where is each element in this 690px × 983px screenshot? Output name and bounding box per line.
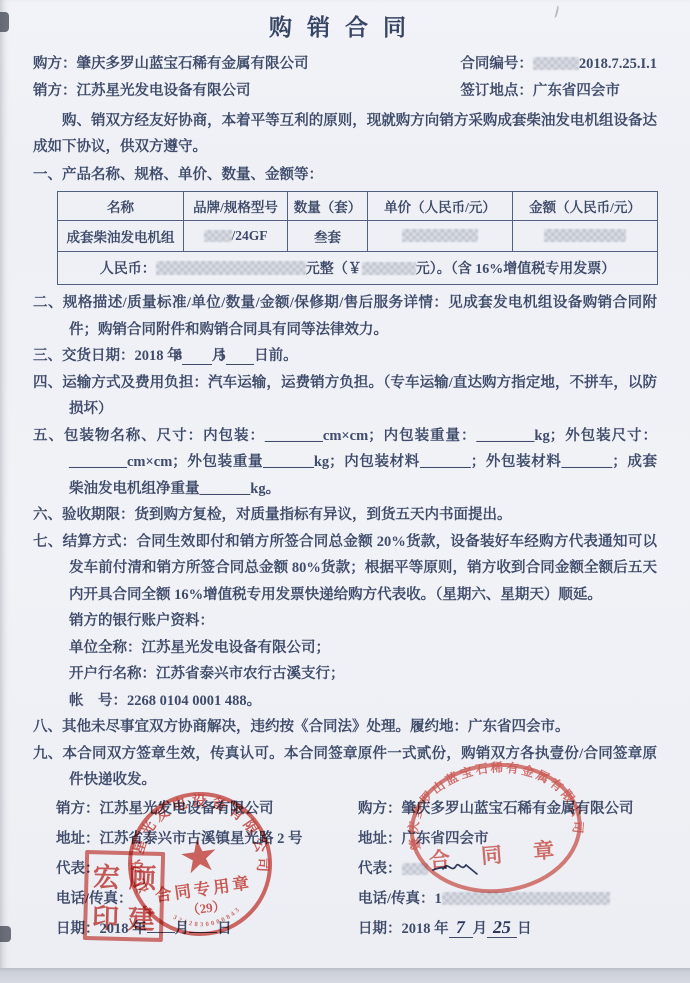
- buyer-date-day-handwritten: 25: [492, 920, 512, 934]
- contract-header: 购方：肇庆多罗山蓝宝石稀有金属有限公司 销方：江苏星光发电设备有限公司 合同编号…: [33, 51, 657, 105]
- scan-edge-mark-bottom: [0, 926, 11, 942]
- col-header-amount: 金额（人民币/元）: [513, 192, 658, 221]
- contract-no-suffix: 2018.7.25.I.1: [579, 56, 657, 72]
- clause-7: 七、结算方式：合同生效即付和销方所签合同总金额 20%货款，设备装好车经购方代表…: [33, 529, 657, 609]
- seller-date-line: 日期：2018 年月日: [56, 914, 303, 944]
- buyer-date-day-field: 25: [487, 920, 517, 938]
- amount-redacted: [544, 229, 626, 242]
- rmb-suffix: 元）。（含 16%增值税专用发票）: [416, 262, 616, 277]
- buyer-date-label: 日期：: [358, 921, 402, 937]
- delivery-day-field: 5: [226, 349, 254, 365]
- seller-name: 江苏星光发电设备有限公司: [77, 83, 251, 99]
- seller-phone-line: 电话/传真：: [56, 884, 303, 914]
- clause-7-text: 结算方式：合同生效即付和销方所签合同总金额 20%货款，设备装好车经购方代表通知…: [63, 534, 657, 603]
- clause-2: 二、规格描述/质量标准/单位/数量/金额/保修期/售后服务详情：见成套发电机组设…: [33, 290, 657, 343]
- header-left-column: 购方：肇庆多罗山蓝宝石稀有金属有限公司 销方：江苏星光发电设备有限公司: [33, 51, 309, 105]
- sign-place-value: 广东省四会市: [533, 83, 620, 99]
- col-header-model: 品牌/规格型号: [184, 192, 288, 221]
- sign-place-line: 签订地点：广东省四会市: [460, 78, 657, 105]
- buyer-name: 肇庆多罗山蓝宝石稀有金属有限公司: [77, 56, 309, 72]
- clause-4-number: 四、: [33, 375, 62, 391]
- buyer-date-year: 2018 年: [402, 921, 449, 937]
- buyer-month-label: 月: [473, 921, 488, 937]
- seller-phone-label: 电话/传真：: [56, 891, 133, 907]
- clause-4-text: 运输方式及费用负担：汽车运输，运费销方负担。（专车运输/直达购方指定地，不拼车，…: [62, 375, 657, 418]
- bank-account-number: 帐 号：2268 0104 0001 488。: [33, 688, 657, 715]
- contract-document-page: 购销合同 购方：肇庆多罗山蓝宝石稀有金属有限公司 销方：江苏星光发电设备有限公司…: [0, 0, 690, 983]
- clause-2-number: 二、: [33, 295, 63, 311]
- clause-6-text: 验收期限：货到购方复检，对质量指标有异议，到货五天内书面提出。: [62, 507, 512, 523]
- amount-in-words-cell: 人民币：元整（￥元）。（含 16%增值税专用发票）: [58, 252, 658, 285]
- seller-address-label: 地址：: [56, 831, 100, 847]
- seller-party-label: 销方：: [56, 801, 100, 817]
- clause-3-number: 三、: [33, 348, 62, 364]
- buyer-label: 购方：: [33, 56, 77, 72]
- clause-3-pre: 交货日期：2018 年: [62, 348, 182, 364]
- buyer-phone-redacted: [442, 892, 610, 905]
- buyer-address-value: 广东省四会市: [402, 831, 489, 847]
- product-table: 名称 品牌/规格型号 数量（套） 单价（人民币/元） 金额（人民币/元） 成套柴…: [57, 191, 658, 285]
- contract-no-line: 合同编号：2018.7.25.I.1: [460, 51, 657, 78]
- sign-place-label: 签订地点：: [460, 83, 533, 99]
- buyer-party-label: 购方：: [358, 801, 402, 817]
- buyer-phone-prefix: 1: [435, 891, 442, 907]
- clause-6-number: 六、: [33, 507, 62, 523]
- bank-account-name: 单位全称：江苏星光发电设备有限公司；: [33, 635, 657, 662]
- section1-heading: 一、产品名称、规格、单价、数量、金额等：: [33, 162, 657, 188]
- seller-date-day-blank: [189, 932, 217, 933]
- buyer-rep-signature: [431, 857, 483, 879]
- scan-edge-mark-top: [0, 12, 9, 32]
- buyer-date-month-handwritten: 7: [455, 920, 466, 934]
- buyer-address-line: 地址：广东省四会市: [358, 824, 634, 854]
- buyer-rep-label: 代表：: [358, 861, 402, 877]
- buyer-address-label: 地址：: [358, 831, 402, 847]
- clause-5-number: 五、: [33, 428, 64, 444]
- seller-day-label: 日: [217, 921, 232, 937]
- seller-signature-block: 销方：江苏星光发电设备有限公司 地址：江苏省泰兴市古溪镇星光路 2 号 代表： …: [56, 794, 303, 944]
- buyer-date-month-field: 7: [449, 920, 473, 938]
- cell-model: /24GF: [184, 221, 288, 252]
- buyer-rep-redacted: [402, 863, 428, 875]
- model-suffix: /24GF: [232, 228, 268, 243]
- clause-7-number: 七、: [33, 534, 63, 550]
- rmb-mid: 元整（￥: [306, 262, 362, 277]
- intro-paragraph: 购、销双方经友好协商，本着平等互利的原则，现就购方向销方采购成套柴油发电机组设备…: [33, 108, 657, 160]
- contract-clauses: 二、规格描述/质量标准/单位/数量/金额/保修期/售后服务详情：见成套发电机组设…: [33, 290, 657, 794]
- table-amount-row: 人民币：元整（￥元）。（含 16%增值税专用发票）: [58, 252, 658, 285]
- unit-price-redacted: [402, 229, 478, 242]
- bank-info-title: 销方的银行账户资料：: [33, 608, 657, 635]
- seller-address-line: 地址：江苏省泰兴市古溪镇星光路 2 号: [56, 824, 303, 854]
- seller-rep-line: 代表：: [56, 854, 303, 884]
- seller-rep-label: 代表：: [56, 861, 100, 877]
- table-header-row: 名称 品牌/规格型号 数量（套） 单价（人民币/元） 金额（人民币/元）: [58, 192, 658, 221]
- table-row: 成套柴油发电机组 /24GF 叁套: [58, 221, 658, 252]
- buyer-rep-line: 代表：: [358, 854, 634, 884]
- buyer-party-line: 购方：肇庆多罗山蓝宝石稀有金属有限公司: [358, 794, 634, 824]
- header-right-column: 合同编号：2018.7.25.I.1 签订地点：广东省四会市: [460, 51, 657, 105]
- contract-no-redacted: [533, 57, 579, 70]
- seller-party-name: 江苏星光发电设备有限公司: [100, 801, 274, 817]
- rmb-prefix: 人民币：: [100, 262, 156, 277]
- contract-no-label: 合同编号：: [460, 56, 533, 72]
- seller-month-label: 月: [175, 921, 190, 937]
- delivery-month-field: 8: [182, 349, 212, 365]
- document-title: 购销合同: [0, 9, 690, 42]
- cell-qty: 叁套: [288, 221, 368, 252]
- buyer-phone-label: 电话/传真：: [358, 891, 435, 907]
- scan-bottom-edge: [0, 968, 690, 983]
- clause-9-number: 九、: [33, 746, 63, 762]
- clause-2-text: 规格描述/质量标准/单位/数量/金额/保修期/售后服务详情：见成套发电机组设备购…: [63, 295, 657, 338]
- bank-branch: 开户行名称：江苏省泰兴市农行古溪支行；: [33, 661, 657, 688]
- seller-date-year: 2018 年: [100, 921, 147, 937]
- clause-3-post: 日前。: [254, 348, 298, 364]
- cell-product-name: 成套柴油发电机组: [58, 221, 184, 252]
- seller-line: 销方：江苏星光发电设备有限公司: [33, 78, 309, 105]
- buyer-party-name: 肇庆多罗山蓝宝石稀有金属有限公司: [402, 801, 634, 817]
- cell-unit-price: [368, 221, 513, 252]
- seller-address-value: 江苏省泰兴市古溪镇星光路 2 号: [100, 831, 303, 847]
- cell-amount: [513, 221, 658, 252]
- clause-5-text: 包装物名称、尺寸：内包装：________cm×cm；内包装重量：_______…: [64, 428, 657, 497]
- buyer-signature-block: 购方：肇庆多罗山蓝宝石稀有金属有限公司 地址：广东省四会市 代表： 电话/传真：…: [358, 794, 634, 944]
- seller-date-label: 日期：: [56, 921, 100, 937]
- col-header-name: 名称: [58, 192, 184, 221]
- clause-8-number: 八、: [33, 719, 62, 735]
- clause-8: 八、其他未尽事宜双方协商解决，违约按《合同法》处理。履约地：广东省四会市。: [33, 714, 657, 741]
- buyer-date-line: 日期：2018 年7月25日: [358, 914, 634, 944]
- rmb-words-redacted: [156, 261, 306, 275]
- seller-party-line: 销方：江苏星光发电设备有限公司: [56, 794, 303, 824]
- rmb-digits-redacted: [362, 262, 416, 275]
- model-redacted: [204, 230, 232, 242]
- col-header-qty: 数量（套）: [288, 192, 368, 221]
- clause-4: 四、运输方式及费用负担：汽车运输，运费销方负担。（专车运输/直达购方指定地，不拼…: [33, 370, 657, 423]
- clause-3: 三、交货日期：2018 年8月5日前。: [33, 343, 657, 370]
- buyer-day-label: 日: [517, 921, 532, 937]
- col-header-unit-price: 单价（人民币/元）: [368, 192, 513, 221]
- clause-6: 六、验收期限：货到购方复检，对质量指标有异议，到货五天内书面提出。: [33, 502, 657, 529]
- clause-9: 九、本合同双方签章生效，传真认可。本合同签章原件一式贰份，购销双方各执壹份/合同…: [33, 741, 657, 794]
- clause-8-text: 其他未尽事宜双方协商解决，违约按《合同法》处理。履约地：广东省四会市。: [62, 719, 570, 735]
- clause-5: 五、包装物名称、尺寸：内包装：________cm×cm；内包装重量：_____…: [33, 423, 657, 503]
- clause-9-text: 本合同双方签章生效，传真认可。本合同签章原件一式贰份，购销双方各执壹份/合同签章…: [63, 746, 657, 789]
- seller-date-month-blank: [147, 932, 175, 933]
- buyer-line: 购方：肇庆多罗山蓝宝石稀有金属有限公司: [33, 51, 309, 78]
- seller-label: 销方：: [33, 83, 77, 99]
- buyer-phone-line: 电话/传真：1: [358, 884, 634, 914]
